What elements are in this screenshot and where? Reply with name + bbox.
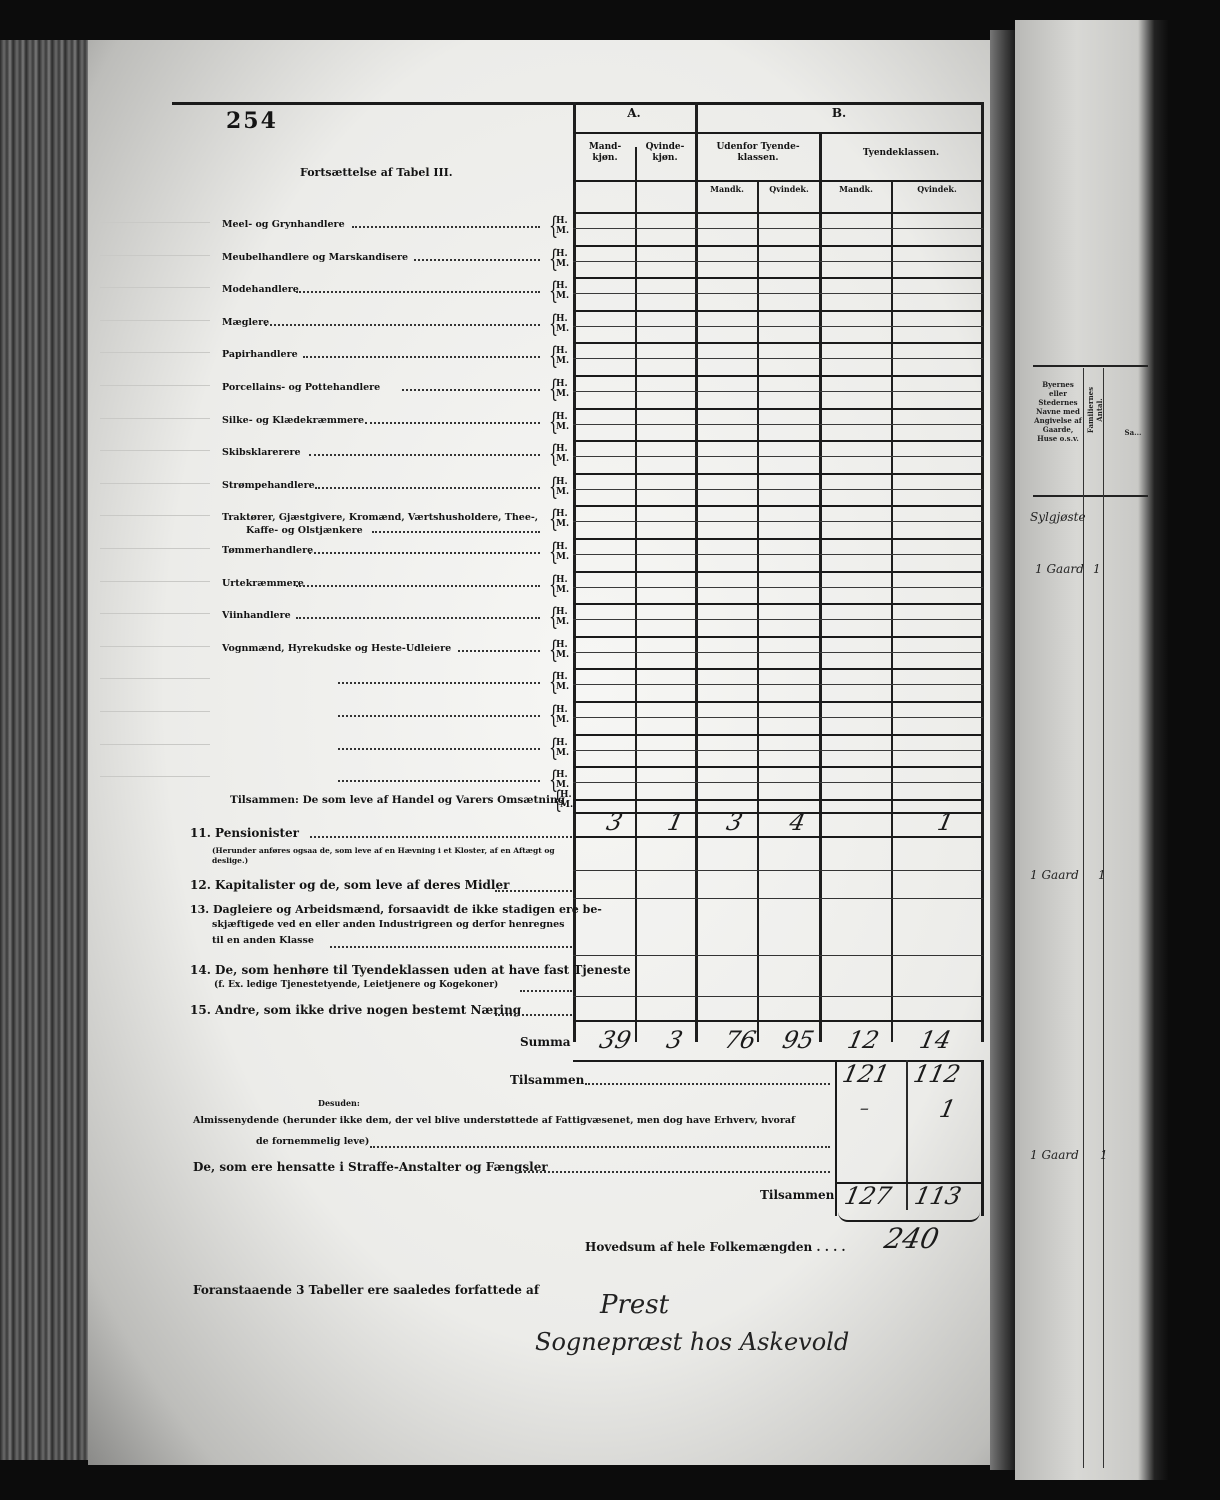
leader-dots [520,1171,830,1173]
margin-rule [100,418,210,419]
sex-brace: {H.M. [556,281,569,301]
grid-line [573,554,983,555]
summa-b-outside-male: 76 [722,1026,758,1054]
grid-line [573,996,983,997]
sex-brace: {H.M. [556,542,569,562]
column-header-b-outside-female: Qvindek. [759,184,819,195]
category-13-label: 13. Dagleiere og Arbeidsmænd, forsaavidt… [190,903,602,916]
signature-name: Sognepræst hos Askevold [535,1328,849,1356]
grid-line [573,750,983,751]
trade-row-label: Traktører, Gjæstgivere, Kromænd, Værtshu… [222,512,538,523]
hovedsum-value: 240 [881,1222,941,1255]
leader-dots [495,890,572,892]
category-12-label: 12. Kapitalister og de, som leve af dere… [190,878,509,892]
facing-col-line [1083,368,1084,1468]
margin-rule [100,385,210,386]
grid-line [981,1060,984,1216]
facing-place-4: 1 Gaard [1030,1148,1079,1162]
book-gutter [990,30,1016,1470]
sex-brace: {H.M. [556,607,569,627]
grid-line [573,734,983,736]
leader-dots [338,682,540,684]
almisse-label-line2: de fornemmelig leve) [256,1136,369,1147]
grid-line [573,180,983,182]
leader-dots [315,487,540,489]
grid-line [573,358,983,359]
grid-line [573,342,983,344]
summa-b-servant-female: 14 [917,1026,953,1054]
leader-dots [370,1146,830,1148]
leader-dots [414,259,540,261]
margin-rule [100,646,210,647]
sex-brace: {H.M. [556,346,569,366]
summa-a-male: 39 [597,1026,633,1054]
margin-rule [100,581,210,582]
grid-line [573,326,983,327]
sex-brace: {H.M. [556,477,569,497]
leader-dots [402,389,540,391]
facing-count-4: 1 [1100,1148,1108,1162]
facing-place-2: 1 Gaard [1035,562,1084,576]
grid-line [573,766,983,768]
table-subtitle: Fortsættelse af Tabel III. [300,166,453,179]
margin-rule [100,450,210,451]
margin-rule [100,613,210,614]
trade-row-label-line2: Kaffe- og Olstjænkere [246,525,363,536]
grid-line [573,277,983,279]
grid-line [573,228,983,229]
column-header-b-servant: Tyendeklassen. [823,148,979,159]
facing-count-2: 1 [1093,562,1101,576]
grid-line [573,261,983,262]
facing-header-place: Byernes eller Stedernes Navne med Angive… [1034,380,1082,443]
grid-line [573,1020,983,1022]
margin-rule [100,255,210,256]
summa-b-outside-female: 95 [780,1026,816,1054]
sex-brace: {H.M. [556,509,569,529]
trade-row-label: Porcellains- og Pottehandlere [222,382,380,393]
grid-line [573,521,983,522]
category-13-label-line2: skjæftigede ved en eller anden Industrig… [212,919,565,930]
grid-line [573,636,983,638]
trade-row-label: Papirhandlere [222,349,298,360]
grid-line [573,212,983,214]
sex-brace: {H.M. [556,314,569,334]
leader-dots [520,990,572,992]
grid-line [573,571,983,573]
column-group-a: A. [573,108,695,119]
grid-line [573,473,983,475]
grid-line [573,505,983,507]
grid-line [573,603,983,605]
grid-line [573,587,983,588]
leader-dots [330,946,572,948]
straffe-label: De, som ere hensatte i Straffe-Anstalter… [193,1160,548,1174]
tilsammen-trade-label: Tilsammen: De som leve af Handel og Vare… [230,794,565,806]
tilsammen2-label: Tilsammen [760,1188,834,1202]
facing-header-third: Sa... [1118,428,1148,437]
margin-rule [100,678,210,679]
margin-rule [100,744,210,745]
grid-line [573,652,983,653]
facing-page [1015,20,1220,1480]
category-11-note: (Herunder anføres ogsaa de, som leve af … [212,846,572,866]
trade-row-label: Tømmerhandlere [222,545,313,556]
facing-header-families: Familiernes Antal. [1086,380,1104,440]
grid-line [835,1060,837,1216]
facing-col-line [1103,368,1104,1468]
category-14-label-line2: (f. Ex. ledige Tjenestetyende, Leietjene… [214,980,498,990]
sex-brace: {H.M. [556,705,569,725]
facing-rule [1033,495,1148,497]
sex-brace: {H.M. [556,249,569,269]
grid-line [906,1060,908,1210]
grid-line [573,955,983,956]
leader-dots [365,422,540,424]
grid-line [573,898,983,899]
trade-row-label: Meel- og Grynhandlere [222,219,345,230]
sex-brace: {H.M. [556,216,569,236]
grid-line [573,132,983,134]
leader-dots [338,748,540,750]
leader-dots [352,226,540,228]
tilsammen2-male: 127 [842,1182,894,1210]
page-number: 254 [226,108,278,134]
leader-dots [372,531,540,533]
grid-line [573,782,983,783]
column-header-a-male: Mand-kjøn. [577,142,633,164]
trade-row-label: Strømpehandlere [222,480,315,491]
leader-dots [310,836,572,838]
sex-brace: {H.M. [556,575,569,595]
grid-line [573,836,983,838]
leader-dots [309,552,540,554]
desuden-label: Desuden: [318,1098,360,1108]
grid-line [635,147,637,1042]
margin-rule [100,711,210,712]
category-11-label: 11. Pensionister [190,826,299,840]
margin-rule [100,548,210,549]
trade-row-label: Meubelhandlere og Marskandisere [222,252,408,263]
column-group-b: B. [695,108,983,119]
hovedsum-label: Hovedsum af hele Folkemængden . . . . [585,1240,846,1254]
summa-label: Summa [520,1035,571,1049]
facing-place-3: 1 Gaard [1030,868,1079,882]
leader-dots [338,715,540,717]
column-header-b-servant-female: Qvindek. [893,184,981,195]
trade-row-label: Skibsklarerere [222,447,301,458]
column-header-b-outside: Udenfor Tyende-klassen. [701,142,815,164]
margin-rule [100,320,210,321]
grid-line [573,538,983,540]
summa-b-servant-male: 12 [845,1026,881,1054]
margin-rule [100,776,210,777]
trade-row-label: Mæglere [222,317,269,328]
authored-label: Foranstaaende 3 Tabeller ere saaledes fo… [193,1283,539,1297]
column-header-b-servant-male: Mandk. [821,184,891,195]
leader-dots [309,454,540,456]
trade-row-label: Viinhandlere [222,610,291,621]
grid-line [573,310,983,312]
grid-line [573,799,983,801]
facing-count-3: 1 [1098,868,1106,882]
tilsammen-female: 112 [911,1060,963,1088]
sex-brace: {H.M. [556,444,569,464]
grid-line [573,293,983,294]
leader-dots [585,1083,830,1085]
category-13-label-line3: til en anden Klasse [212,935,314,946]
grid-line [573,717,983,718]
grid-line [573,870,983,871]
book-page-edges [0,40,90,1460]
category-15-label: 15. Andre, som ikke drive nogen bestemt … [190,1003,521,1017]
facing-rule [1033,365,1148,367]
grid-line [573,245,983,247]
sex-brace: {H.M. [556,640,569,660]
leader-dots [303,356,540,358]
column-header-b-outside-male: Mandk. [697,184,757,195]
leader-dots [296,617,540,619]
leader-dots [296,291,540,293]
almisse-label: Almissenydende (herunder ikke dem, der v… [193,1115,795,1126]
margin-rule [100,352,210,353]
grid-line [573,440,983,442]
signature-title: Prest [600,1290,669,1320]
total-brace [838,1212,980,1222]
grid-line [573,701,983,703]
leader-dots [458,650,540,652]
grid-line [573,684,983,685]
grid-line [573,408,983,410]
leader-dots [265,324,540,326]
sex-brace: {H.M. [556,738,569,758]
tilsammen-label: Tilsammen [510,1073,584,1087]
margin-rule [100,515,210,516]
leader-dots [338,780,540,782]
tilsammen-male: 121 [840,1060,892,1088]
sex-brace: {H.M. [556,412,569,432]
grid-line [573,489,983,490]
grid-line [573,456,983,457]
trade-row-label: Modehandlere [222,284,299,295]
grid-line [573,812,983,814]
grid-line [573,424,983,425]
sex-brace: {H.M. [556,379,569,399]
grid-line [573,668,983,670]
sex-brace: {H.M. [560,790,573,810]
grid-line [573,391,983,392]
leader-dots [296,585,540,587]
trade-row-label: Urtekræmmere [222,578,304,589]
margin-rule [100,287,210,288]
column-header-a-female: Qvinde-kjøn. [637,142,693,164]
leader-dots [495,1014,572,1016]
grid-line [573,619,983,620]
margin-rule [100,222,210,223]
trade-row-label: Silke- og Klædekræmmere [222,415,364,426]
facing-place-1: Sylgjøste [1030,510,1086,524]
sex-brace: {H.M. [556,672,569,692]
grid-line [573,375,983,377]
margin-rule [100,483,210,484]
tilsammen2-female: 113 [912,1182,964,1210]
trade-row-label: Vognmænd, Hyrekudske og Heste-Udleiere [222,643,451,654]
category-14-label: 14. De, som henhøre til Tyendeklassen ud… [190,963,631,977]
